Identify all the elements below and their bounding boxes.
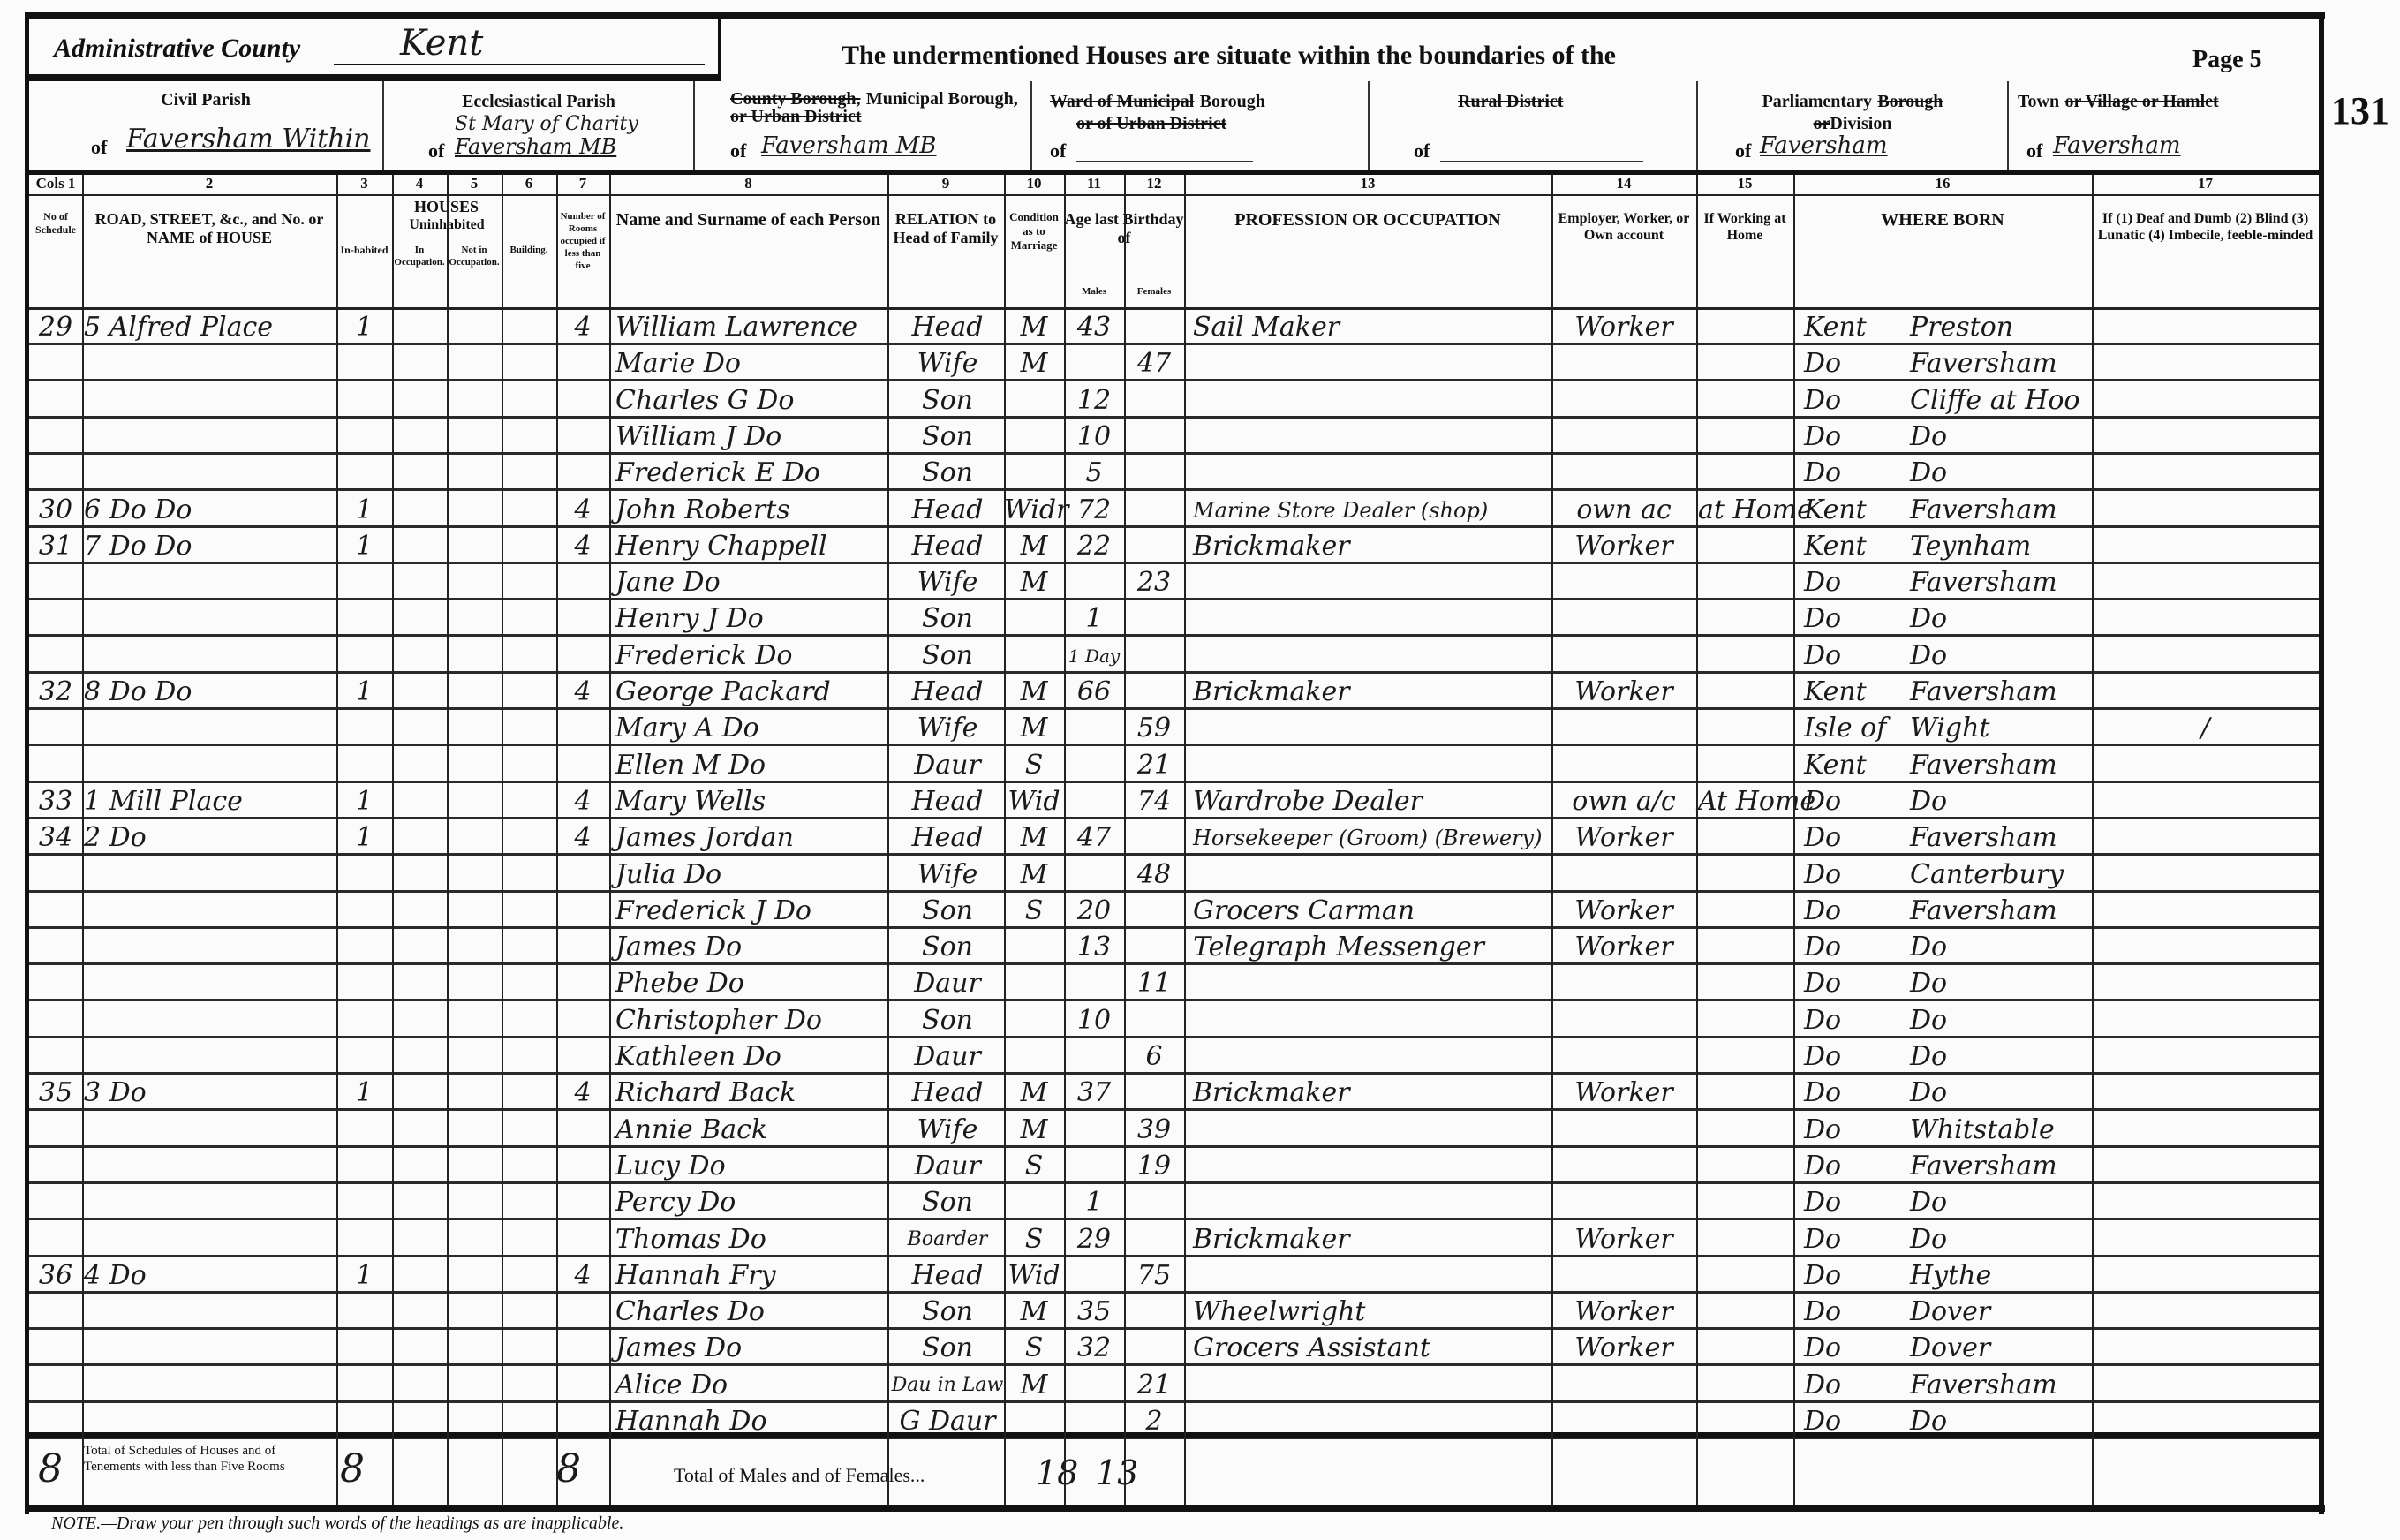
admin-county-label: Administrative County (54, 34, 300, 64)
person-name: Thomas Do (615, 1219, 887, 1257)
inhabited-count (336, 708, 392, 745)
schedule-no (29, 1000, 82, 1038)
occupation: Sail Maker (1193, 307, 1551, 344)
female-age (1124, 672, 1184, 709)
municipal-borough-prefix: of (730, 140, 746, 162)
parliamentary-value: Faversham (1760, 132, 1888, 159)
column-number: 9 (887, 175, 1004, 192)
born-county: Do (1804, 1219, 1910, 1257)
employment-status (1553, 708, 1694, 745)
female-age (1124, 526, 1184, 563)
table-row: 295 Alfred Place14William LawrenceHeadM4… (29, 307, 2319, 344)
employment-status (1553, 417, 1694, 454)
male-age (1064, 562, 1124, 600)
person-name: Marie Do (615, 343, 887, 381)
municipal-borough-box: County Borough, Municipal Borough, or Ur… (695, 81, 1032, 170)
column-number: 14 (1551, 175, 1696, 192)
male-age: 43 (1064, 307, 1124, 344)
person-name: Annie Back (615, 1110, 887, 1147)
female-age: 74 (1124, 781, 1184, 819)
working-at-home (1698, 672, 1793, 709)
female-age: 11 (1124, 963, 1184, 1000)
town-value: Faversham (2053, 132, 2181, 159)
rooms-count (556, 855, 609, 892)
employment-status (1553, 1000, 1694, 1038)
working-at-home (1698, 381, 1793, 418)
inhabited-count (336, 599, 392, 636)
table-row: Frederick DoSon1 DayDoDo (29, 636, 2319, 673)
parliamentary-or-struck: or (1814, 114, 1830, 133)
born-place: Faversham (1910, 343, 2092, 381)
occupation (1193, 636, 1551, 673)
males-subheader: Males (1064, 286, 1124, 297)
infirmity (2092, 381, 2319, 418)
employment-status (1553, 1037, 1694, 1074)
schedule-no (29, 343, 82, 381)
occupation: Brickmaker (1193, 1219, 1551, 1257)
marital-condition: Wid (1004, 781, 1064, 819)
marital-condition: M (1004, 1110, 1064, 1147)
occupation (1193, 343, 1551, 381)
inhabited-count (336, 417, 392, 454)
occupation (1193, 381, 1551, 418)
table-row: Julia DoWifeM48DoCanterbury (29, 855, 2319, 892)
relation: Head (891, 781, 1004, 819)
female-age (1124, 1292, 1184, 1329)
schedule-no: 30 (29, 490, 82, 527)
infirmity (2092, 1073, 2319, 1110)
employment-status: own ac (1553, 490, 1694, 527)
relation: Dau in Law (891, 1365, 1004, 1402)
infirmity (2092, 927, 2319, 964)
born-place: Dover (1910, 1292, 2092, 1329)
address (84, 891, 336, 928)
employment-status (1553, 562, 1694, 600)
infirmity (2092, 1328, 2319, 1365)
male-age (1064, 963, 1124, 1000)
address (84, 1000, 336, 1038)
column-divider (609, 175, 611, 1505)
rural-district-underline (1440, 161, 1643, 162)
occupation: Horsekeeper (Groom) (Brewery) (1193, 818, 1551, 855)
person-name: Phebe Do (615, 963, 887, 1000)
relation: Head (891, 490, 1004, 527)
person-name: George Packard (615, 672, 887, 709)
footer-note: NOTE.—Draw your pen through such words o… (51, 1514, 623, 1534)
column-divider (1184, 175, 1186, 1505)
males-total: 18 (1036, 1453, 1078, 1492)
rural-district-prefix: of (1414, 140, 1430, 162)
born-place: Do (1910, 1000, 2092, 1038)
born-county: Do (1804, 891, 1910, 928)
born-county: Do (1804, 417, 1910, 454)
rooms-count (556, 1110, 609, 1147)
address (84, 1365, 336, 1402)
column-number: 8 (609, 175, 887, 192)
born-county: Kent (1804, 307, 1910, 344)
occupation: Marine Store Dealer (shop) (1193, 490, 1551, 527)
male-age: 47 (1064, 818, 1124, 855)
occupation: Brickmaker (1193, 1073, 1551, 1110)
schedule-no: 32 (29, 672, 82, 709)
infirmity (2092, 781, 2319, 819)
rooms-count (556, 1000, 609, 1038)
marital-condition: S (1004, 1328, 1064, 1365)
table-row: Frederick E DoSon5DoDo (29, 453, 2319, 490)
marital-condition (1004, 636, 1064, 673)
employment-status (1553, 1182, 1694, 1219)
occupation (1193, 855, 1551, 892)
address: 4 Do (84, 1256, 336, 1293)
inhabited-count (336, 1219, 392, 1257)
male-age: 22 (1064, 526, 1124, 563)
working-at-home (1698, 1110, 1793, 1147)
schedule-no (29, 745, 82, 782)
employment-status (1553, 1365, 1694, 1402)
infirmity (2092, 1365, 2319, 1402)
table-row: William J DoSon10DoDo (29, 417, 2319, 454)
rural-district-box: Rural District of (1370, 81, 1698, 170)
working-at-home (1698, 1256, 1793, 1293)
female-age (1124, 307, 1184, 344)
ward-urban-struck: or of Urban District (1076, 114, 1226, 133)
female-age: 21 (1124, 1365, 1184, 1402)
marital-condition: S (1004, 745, 1064, 782)
column-divider (1793, 175, 1795, 1505)
intro-text: The undermentioned Houses are situate wi… (842, 41, 1616, 71)
relation: Head (891, 307, 1004, 344)
working-at-home (1698, 599, 1793, 636)
rooms-count (556, 562, 609, 600)
occupation (1193, 963, 1551, 1000)
working-at-home (1698, 708, 1793, 745)
relation: Son (891, 636, 1004, 673)
male-age: 10 (1064, 417, 1124, 454)
inhabited-count (336, 1292, 392, 1329)
born-place: Do (1910, 1037, 2092, 1074)
person-name: Frederick Do (615, 636, 887, 673)
born-place: Do (1910, 453, 2092, 490)
table-row: Phebe DoDaur11DoDo (29, 963, 2319, 1000)
person-name: Jane Do (615, 562, 887, 600)
born-place: Faversham (1910, 490, 2092, 527)
employment-status (1553, 636, 1694, 673)
address: 6 Do Do (84, 490, 336, 527)
column-number: 6 (502, 175, 556, 192)
working-at-home (1698, 891, 1793, 928)
infirmity (2092, 818, 2319, 855)
infirmity (2092, 490, 2319, 527)
occupation (1193, 708, 1551, 745)
occupation: Grocers Assistant (1193, 1328, 1551, 1365)
employment-status (1553, 745, 1694, 782)
born-county: Do (1804, 1365, 1910, 1402)
inhabited-count (336, 1037, 392, 1074)
born-place: Canterbury (1910, 855, 2092, 892)
marital-condition: S (1004, 1146, 1064, 1183)
marital-condition: M (1004, 526, 1064, 563)
females-subheader: Females (1124, 286, 1184, 297)
working-at-home (1698, 526, 1793, 563)
inhabited-count (336, 1146, 392, 1183)
table-row: Alice DoDau in LawM21DoFaversham (29, 1365, 2319, 1402)
census-table: 295 Alfred Place14William LawrenceHeadM4… (29, 307, 2319, 1455)
born-place: Whitstable (1910, 1110, 2092, 1147)
rooms-count (556, 636, 609, 673)
ecclesiastical-parish-saint: St Mary of Charity (455, 113, 638, 135)
person-name: James Jordan (615, 818, 887, 855)
column-header-c7: Number of Rooms occupied if less than fi… (558, 210, 608, 272)
male-age: 20 (1064, 891, 1124, 928)
born-place: Do (1910, 1219, 2092, 1257)
inhabited-count (336, 636, 392, 673)
inhabited-count (336, 562, 392, 600)
address: 5 Alfred Place (84, 307, 336, 344)
employment-status (1553, 343, 1694, 381)
rooms-count: 4 (556, 307, 609, 344)
inhabited-count: 1 (336, 1256, 392, 1293)
born-county: Do (1804, 1256, 1910, 1293)
schedule-no: 36 (29, 1256, 82, 1293)
marital-condition (1004, 1000, 1064, 1038)
male-age (1064, 745, 1124, 782)
column-number: 15 (1696, 175, 1793, 192)
table-row: Christopher DoSon10DoDo (29, 1000, 2319, 1038)
inhabited-count: 1 (336, 1073, 392, 1110)
relation: Wife (891, 562, 1004, 600)
address (84, 453, 336, 490)
ward-box: Ward of Municipal Borough or of Urban Di… (1032, 81, 1370, 170)
employment-status: Worker (1553, 672, 1694, 709)
born-place: Hythe (1910, 1256, 2092, 1293)
table-row: 328 Do Do14George PackardHeadM66Brickmak… (29, 672, 2319, 709)
table-row: Kathleen DoDaur6DoDo (29, 1037, 2319, 1074)
address (84, 381, 336, 418)
working-at-home (1698, 562, 1793, 600)
person-name: Ellen M Do (615, 745, 887, 782)
person-name: William Lawrence (615, 307, 887, 344)
address (84, 855, 336, 892)
person-name: James Do (615, 1328, 887, 1365)
occupation: Telegraph Messenger (1193, 927, 1551, 964)
person-name: Christopher Do (615, 1000, 887, 1038)
female-age: 6 (1124, 1037, 1184, 1074)
column-divider (1064, 175, 1066, 1505)
marital-condition (1004, 927, 1064, 964)
infirmity: / (2092, 708, 2319, 745)
inhabited-count (336, 745, 392, 782)
schedule-no: 31 (29, 526, 82, 563)
municipal-borough-value: Faversham MB (761, 132, 937, 159)
female-age (1124, 891, 1184, 928)
born-county: Do (1804, 1073, 1910, 1110)
area-row: Civil Parish of Faversham Within Ecclesi… (29, 81, 2319, 175)
born-place: Dover (1910, 1328, 2092, 1365)
rooms-count (556, 417, 609, 454)
person-name: Julia Do (615, 855, 887, 892)
occupation: Brickmaker (1193, 526, 1551, 563)
person-name: Mary A Do (615, 708, 887, 745)
address (84, 1292, 336, 1329)
working-at-home (1698, 855, 1793, 892)
town-prefix: of (2026, 140, 2042, 162)
occupation (1193, 417, 1551, 454)
infirmity (2092, 1182, 2319, 1219)
marital-condition: M (1004, 672, 1064, 709)
relation: Son (891, 1292, 1004, 1329)
male-age (1064, 1037, 1124, 1074)
schedule-no (29, 1219, 82, 1257)
working-at-home (1698, 1073, 1793, 1110)
born-county: Kent (1804, 526, 1910, 563)
born-county: Do (1804, 1292, 1910, 1329)
schedule-no (29, 855, 82, 892)
table-row: 342 Do14James JordanHeadM47Horsekeeper (… (29, 818, 2319, 855)
working-at-home (1698, 745, 1793, 782)
rooms-count (556, 343, 609, 381)
male-age (1064, 1256, 1124, 1293)
schedule-no (29, 417, 82, 454)
born-county: Isle of (1804, 708, 1910, 745)
relation: Wife (891, 855, 1004, 892)
born-county: Do (1804, 963, 1910, 1000)
person-name: Henry J Do (615, 599, 887, 636)
schedule-no (29, 1292, 82, 1329)
inhabited-count: 1 (336, 307, 392, 344)
table-row: 364 Do14Hannah FryHeadWid75DoHythe (29, 1256, 2319, 1293)
marital-condition (1004, 963, 1064, 1000)
born-county: Do (1804, 343, 1910, 381)
born-place: Faversham (1910, 1365, 2092, 1402)
occupation (1193, 1000, 1551, 1038)
person-name: Lucy Do (615, 1146, 887, 1183)
person-name: Percy Do (615, 1182, 887, 1219)
table-row: Mary A DoWifeM59Isle ofWight/ (29, 708, 2319, 745)
marital-condition: M (1004, 818, 1064, 855)
employment-status: Worker (1553, 1292, 1694, 1329)
relation: Son (891, 417, 1004, 454)
female-age: 21 (1124, 745, 1184, 782)
column-header: Cols 1No of Schedule2ROAD, STREET, &c., … (29, 175, 2319, 310)
working-at-home (1698, 1219, 1793, 1257)
born-county: Do (1804, 781, 1910, 819)
born-place: Faversham (1910, 562, 2092, 600)
person-name: James Do (615, 927, 887, 964)
column-number: 3 (336, 175, 392, 192)
table-row: 331 Mill Place14Mary WellsHeadWid74Wardr… (29, 781, 2319, 819)
male-age (1064, 1365, 1124, 1402)
rooms-count: 4 (556, 781, 609, 819)
born-county: Do (1804, 1037, 1910, 1074)
born-county: Do (1804, 636, 1910, 673)
born-county: Do (1804, 599, 1910, 636)
address (84, 927, 336, 964)
female-age (1124, 1328, 1184, 1365)
marital-condition: M (1004, 1073, 1064, 1110)
relation: Head (891, 818, 1004, 855)
table-row: Frederick J DoSonS20Grocers CarmanWorker… (29, 891, 2319, 928)
rooms-count (556, 708, 609, 745)
infirmity (2092, 307, 2319, 344)
female-age (1124, 1073, 1184, 1110)
working-at-home (1698, 1182, 1793, 1219)
table-row: James DoSon13Telegraph MessengerWorkerDo… (29, 927, 2319, 964)
schedule-no (29, 1328, 82, 1365)
column-divider (336, 175, 338, 1505)
employment-status (1553, 1110, 1694, 1147)
born-place: Wight (1910, 708, 2092, 745)
infirmity (2092, 1219, 2319, 1257)
table-row: Charles DoSonM35WheelwrightWorkerDoDover (29, 1292, 2319, 1329)
female-age (1124, 818, 1184, 855)
relation: Wife (891, 1110, 1004, 1147)
rooms-count (556, 891, 609, 928)
address: 2 Do (84, 818, 336, 855)
females-total: 13 (1096, 1453, 1138, 1492)
parliamentary-box: Parliamentary Borough orDivision of Fave… (1698, 81, 2009, 170)
employment-status: Worker (1553, 1073, 1694, 1110)
infirmity (2092, 745, 2319, 782)
working-at-home (1698, 307, 1793, 344)
working-at-home (1698, 818, 1793, 855)
male-age: 1 (1064, 1182, 1124, 1219)
occupation (1193, 1037, 1551, 1074)
working-at-home (1698, 1292, 1793, 1329)
infirmity (2092, 453, 2319, 490)
occupation: Grocers Carman (1193, 891, 1551, 928)
inhabited-total: 8 (340, 1446, 365, 1491)
schedule-no (29, 1182, 82, 1219)
female-age (1124, 636, 1184, 673)
relation: Son (891, 927, 1004, 964)
working-at-home (1698, 453, 1793, 490)
civil-parish-box: Civil Parish of Faversham Within (29, 81, 384, 170)
marital-condition (1004, 1182, 1064, 1219)
born-place: Faversham (1910, 891, 2092, 928)
working-at-home (1698, 1000, 1793, 1038)
address: 1 Mill Place (84, 781, 336, 819)
born-county: Do (1804, 1146, 1910, 1183)
ward-label: Ward of Municipal Borough or of Urban Di… (1050, 90, 1265, 134)
occupation (1193, 1146, 1551, 1183)
occupation: Brickmaker (1193, 672, 1551, 709)
column-number: 16 (1793, 175, 2092, 192)
civil-parish-value: Faversham Within (126, 124, 371, 155)
inhabited-count (336, 453, 392, 490)
column-header-c4: In Occupation. (394, 244, 445, 268)
relation: Son (891, 1182, 1004, 1219)
born-county: Do (1804, 453, 1910, 490)
municipal-borough-text: Municipal Borough, (866, 89, 1018, 109)
address (84, 1110, 336, 1147)
table-row: 317 Do Do14Henry ChappellHeadM22Brickmak… (29, 526, 2319, 563)
female-age (1124, 490, 1184, 527)
infirmity (2092, 1292, 2319, 1329)
inhabited-count (336, 1365, 392, 1402)
table-row: Percy DoSon1DoDo (29, 1182, 2319, 1219)
column-header-c5: Not in Occupation. (449, 244, 500, 268)
person-name: Frederick E Do (615, 453, 887, 490)
ward-struck: Ward of Municipal (1050, 92, 1194, 111)
relation: Son (891, 453, 1004, 490)
female-age: 47 (1124, 343, 1184, 381)
male-age: 37 (1064, 1073, 1124, 1110)
schedule-no (29, 1037, 82, 1074)
infirmity (2092, 599, 2319, 636)
person-name: Henry Chappell (615, 526, 887, 563)
rooms-count (556, 1292, 609, 1329)
born-county: Kent (1804, 490, 1910, 527)
